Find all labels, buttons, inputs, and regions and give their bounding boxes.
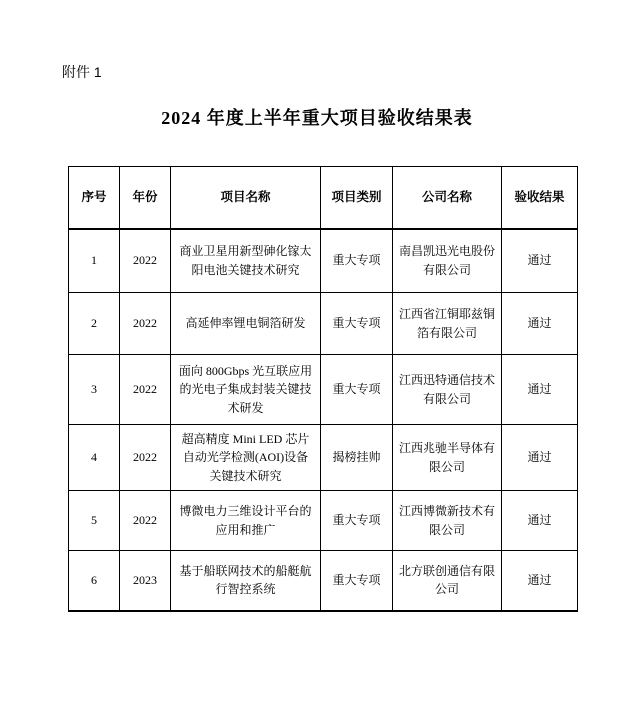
cell-year: 2022 bbox=[120, 491, 171, 551]
header-cell-project: 项目名称 bbox=[171, 167, 321, 229]
header-cell-category: 项目类别 bbox=[321, 167, 393, 229]
cell-project: 高延伸率锂电铜箔研发 bbox=[171, 293, 321, 355]
cell-no: 2 bbox=[69, 293, 120, 355]
cell-no: 1 bbox=[69, 229, 120, 293]
table-row: 5 2022 博微电力三维设计平台的应用和推广 重大专项 江西博微新技术有限公司… bbox=[69, 491, 578, 551]
cell-project: 超高精度 Mini LED 芯片自动光学检测(AOI)设备关键技术研究 bbox=[171, 425, 321, 491]
cell-project: 博微电力三维设计平台的应用和推广 bbox=[171, 491, 321, 551]
header-row: 序号 年份 项目名称 项目类别 公司名称 验收结果 bbox=[69, 167, 578, 229]
cell-company: 江西省江铜耶兹铜箔有限公司 bbox=[393, 293, 502, 355]
cell-category: 重大专项 bbox=[321, 551, 393, 611]
cell-company: 江西博微新技术有限公司 bbox=[393, 491, 502, 551]
attachment-label: 附件 1 bbox=[62, 62, 102, 82]
cell-year: 2022 bbox=[120, 425, 171, 491]
cell-year: 2022 bbox=[120, 229, 171, 293]
header-cell-year: 年份 bbox=[120, 167, 171, 229]
table-row: 6 2023 基于船联网技术的船艇航行智控系统 重大专项 北方联创通信有限公司 … bbox=[69, 551, 578, 611]
cell-company: 江西迅特通信技术有限公司 bbox=[393, 355, 502, 425]
cell-result: 通过 bbox=[502, 229, 578, 293]
results-table: 序号 年份 项目名称 项目类别 公司名称 验收结果 1 2022 商业卫星用新型… bbox=[68, 166, 578, 612]
page-title: 2024 年度上半年重大项目验收结果表 bbox=[0, 104, 634, 130]
cell-category: 重大专项 bbox=[321, 293, 393, 355]
cell-no: 5 bbox=[69, 491, 120, 551]
cell-category: 揭榜挂帅 bbox=[321, 425, 393, 491]
cell-category: 重大专项 bbox=[321, 355, 393, 425]
cell-category: 重大专项 bbox=[321, 229, 393, 293]
cell-no: 4 bbox=[69, 425, 120, 491]
table-row: 4 2022 超高精度 Mini LED 芯片自动光学检测(AOI)设备关键技术… bbox=[69, 425, 578, 491]
table-header: 序号 年份 项目名称 项目类别 公司名称 验收结果 bbox=[69, 167, 578, 229]
table-row: 1 2022 商业卫星用新型砷化镓太阳电池关键技术研究 重大专项 南昌凯迅光电股… bbox=[69, 229, 578, 293]
cell-result: 通过 bbox=[502, 355, 578, 425]
cell-project: 面向 800Gbps 光互联应用的光电子集成封装关键技术研发 bbox=[171, 355, 321, 425]
table-row: 3 2022 面向 800Gbps 光互联应用的光电子集成封装关键技术研发 重大… bbox=[69, 355, 578, 425]
cell-project: 基于船联网技术的船艇航行智控系统 bbox=[171, 551, 321, 611]
cell-project: 商业卫星用新型砷化镓太阳电池关键技术研究 bbox=[171, 229, 321, 293]
cell-company: 北方联创通信有限公司 bbox=[393, 551, 502, 611]
cell-no: 3 bbox=[69, 355, 120, 425]
cell-result: 通过 bbox=[502, 293, 578, 355]
document-page: 附件 1 2024 年度上半年重大项目验收结果表 序号 年份 项目名称 项目类别… bbox=[0, 0, 634, 726]
cell-year: 2022 bbox=[120, 293, 171, 355]
header-cell-result: 验收结果 bbox=[502, 167, 578, 229]
cell-result: 通过 bbox=[502, 551, 578, 611]
table-row: 2 2022 高延伸率锂电铜箔研发 重大专项 江西省江铜耶兹铜箔有限公司 通过 bbox=[69, 293, 578, 355]
cell-company: 江西兆驰半导体有限公司 bbox=[393, 425, 502, 491]
cell-company: 南昌凯迅光电股份有限公司 bbox=[393, 229, 502, 293]
cell-year: 2023 bbox=[120, 551, 171, 611]
cell-result: 通过 bbox=[502, 491, 578, 551]
cell-year: 2022 bbox=[120, 355, 171, 425]
header-cell-company: 公司名称 bbox=[393, 167, 502, 229]
cell-result: 通过 bbox=[502, 425, 578, 491]
table-body: 1 2022 商业卫星用新型砷化镓太阳电池关键技术研究 重大专项 南昌凯迅光电股… bbox=[69, 229, 578, 611]
cell-no: 6 bbox=[69, 551, 120, 611]
header-cell-no: 序号 bbox=[69, 167, 120, 229]
cell-category: 重大专项 bbox=[321, 491, 393, 551]
